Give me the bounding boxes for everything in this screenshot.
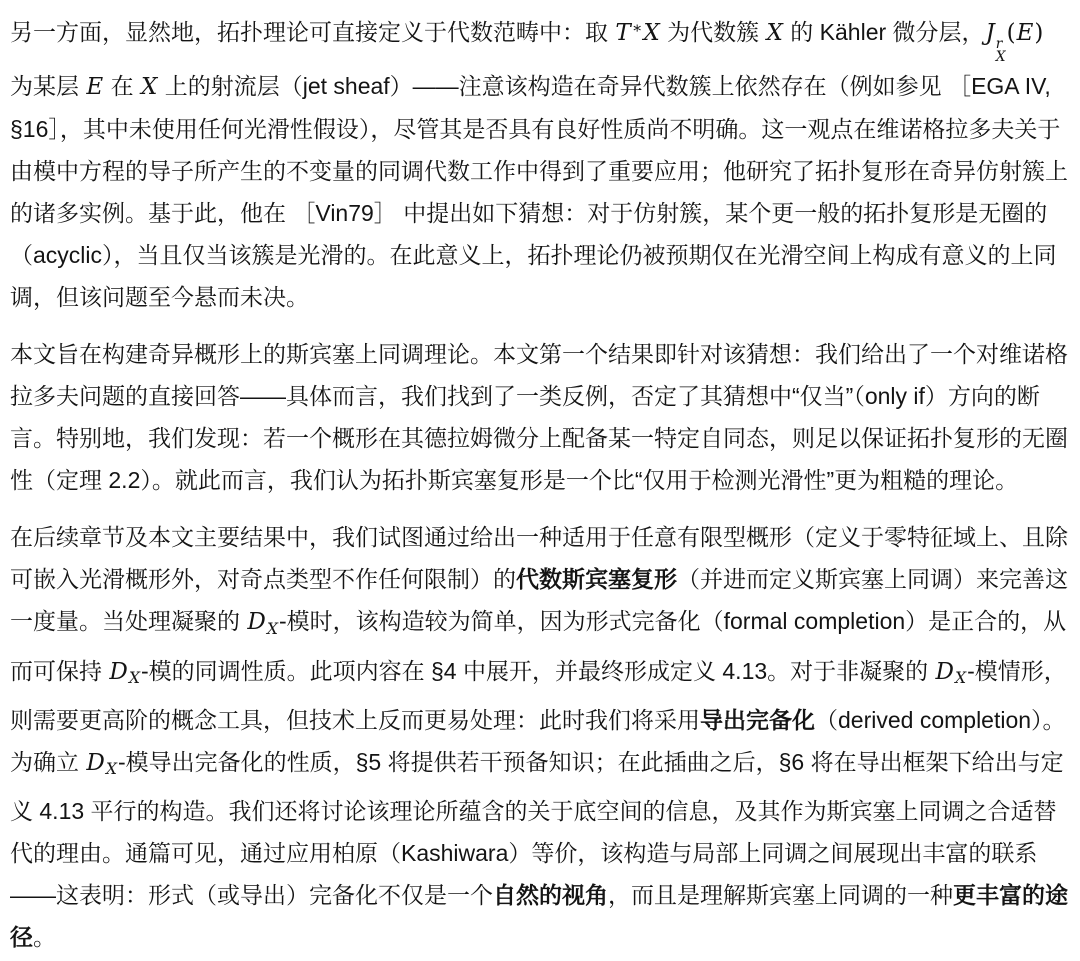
text-run: 的 Kähler 微分层， xyxy=(784,19,985,45)
math-var: E xyxy=(85,74,104,100)
math-var: X xyxy=(766,20,784,46)
text-run: 在 xyxy=(104,73,140,99)
math-subscript: X xyxy=(129,668,141,687)
math-supsub-stack: rX xyxy=(996,38,1007,66)
text-run: ，而且是理解斯宾塞上同调的一种 xyxy=(608,882,953,908)
paragraph-3: 在后续章节及本文主要结果中，我们试图通过给出一种适用于任意有限型概形（定义于零特… xyxy=(10,516,1070,958)
document-body: 另一方面，显然地，拓扑理论可直接定义于代数范畴中：取 T∗X 为代数簇 X 的 … xyxy=(10,7,1070,958)
text-run: 另一方面，显然地，拓扑理论可直接定义于代数范畴中：取 xyxy=(10,19,614,45)
bold-text-run: 导出完备化 xyxy=(700,707,815,733)
math-var: D xyxy=(85,750,105,776)
math-var: X xyxy=(140,74,158,100)
math-var: D xyxy=(246,609,266,635)
math-subscript: X xyxy=(955,668,967,687)
text-run: 本文旨在构建奇异概形上的斯宾塞上同调理论。本文第一个结果即针对该猜想：我们给出了… xyxy=(10,341,1068,493)
math-delimiter: ) xyxy=(1034,20,1043,46)
text-run: -模的同调性质。此项内容在 §4 中展开，并最终形成定义 4.13。对于非凝聚的 xyxy=(141,658,935,684)
text-run: 。 xyxy=(33,924,56,950)
paragraph-1: 另一方面，显然地，拓扑理论可直接定义于代数范畴中：取 T∗X 为代数簇 X 的 … xyxy=(10,7,1070,318)
document-page: 另一方面，显然地，拓扑理论可直接定义于代数范畴中：取 T∗X 为代数簇 X 的 … xyxy=(0,0,1080,961)
paragraph-2: 本文旨在构建奇异概形上的斯宾塞上同调理论。本文第一个结果即针对该猜想：我们给出了… xyxy=(10,333,1070,501)
text-run: 上的射流层（jet sheaf）——注意该构造在奇异代数簇上依然存在（例如参见 … xyxy=(10,73,1068,310)
math-subscript: X xyxy=(267,619,279,638)
math-var: T xyxy=(614,20,631,46)
text-run: 为代数簇 xyxy=(661,19,766,45)
math-var: J xyxy=(985,20,996,46)
bold-text-run: 自然的视角 xyxy=(493,882,608,908)
math-var: D xyxy=(108,659,128,685)
math-superscript: ∗ xyxy=(632,18,643,37)
math-delimiter: ( xyxy=(1007,20,1016,46)
math-var: X xyxy=(642,20,660,46)
math-var: D xyxy=(935,659,955,685)
bold-text-run: 代数斯宾塞复形 xyxy=(516,566,677,592)
text-run: 为某层 xyxy=(10,73,85,99)
math-subscript: X xyxy=(106,759,118,778)
math-var: E xyxy=(1016,20,1035,46)
